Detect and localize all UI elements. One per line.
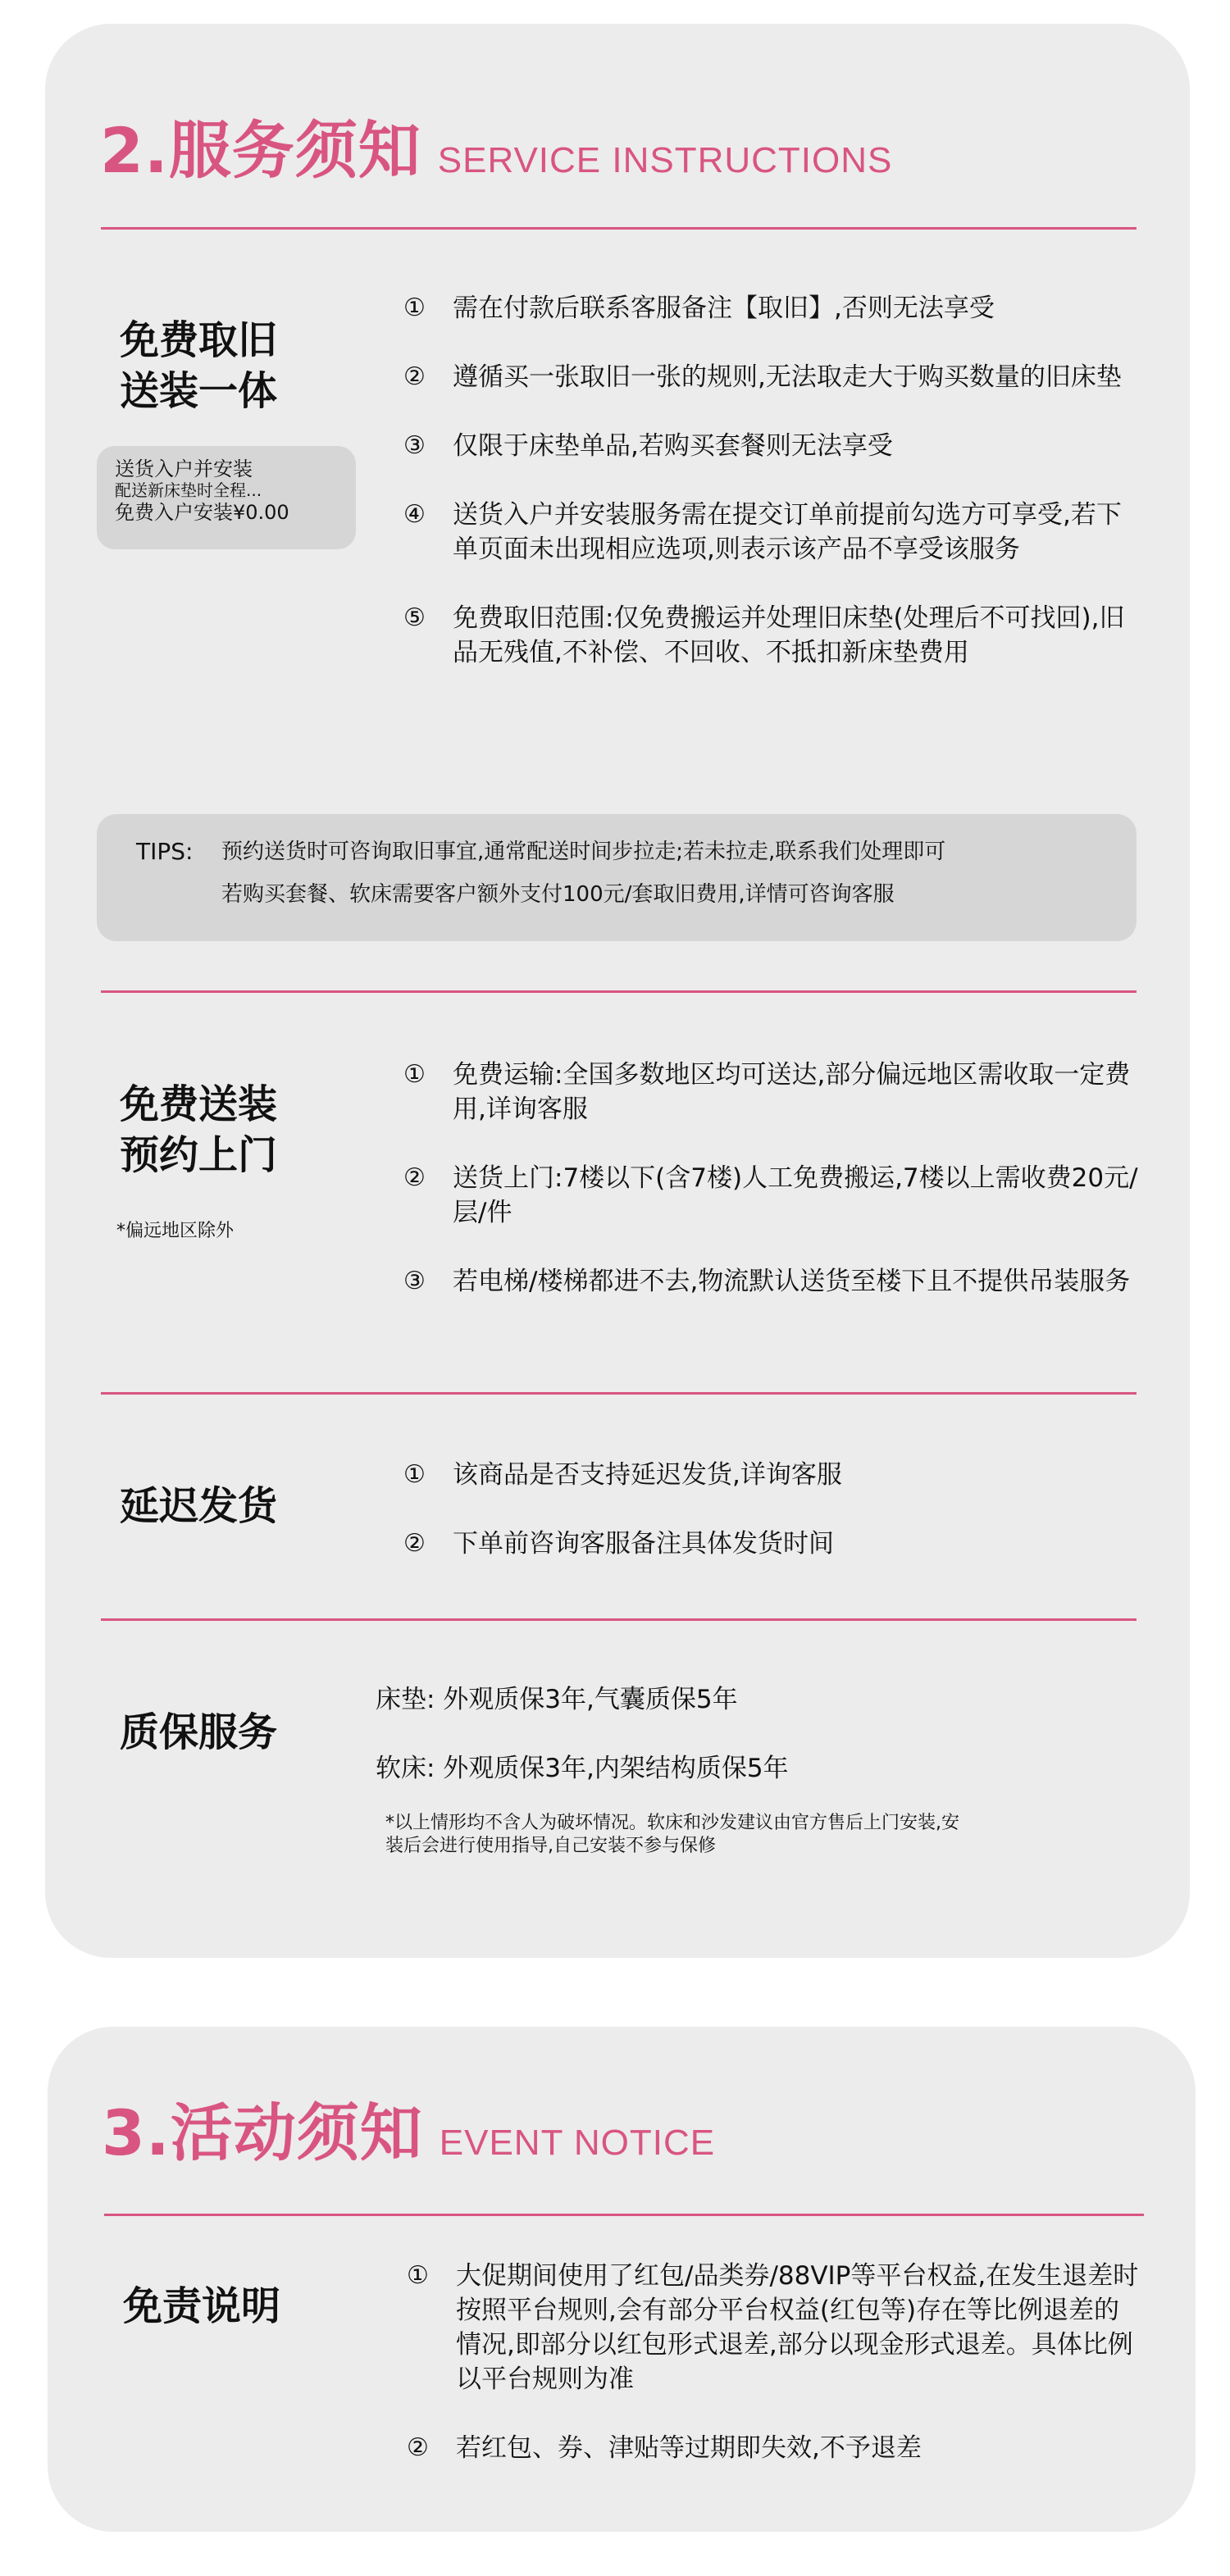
service-title: 2.服务须知 SERVICE INSTRUCTIONS [100, 120, 892, 182]
item-text: 送货上门:7楼以下(含7楼)人工免费搬运,7楼以上需收费20元/层/件 [453, 1163, 1138, 1227]
circled-number: ① [403, 1458, 426, 1492]
heading-line: 免责说明 [123, 2281, 280, 2332]
list-item: ① 免费运输:全国多数地区均可送达,部分偏远地区需收取一定费用,详询客服 [403, 1058, 1141, 1126]
item-text: 若电梯/楼梯都进不去,物流默认送货至楼下且不提供吊装服务 [453, 1267, 1130, 1296]
warranty-mattress: 床垫: 外观质保3年,气囊质保5年 [376, 1683, 738, 1716]
heading-line: 预约上门 [120, 1130, 277, 1181]
heading-disclaimer: 免责说明 [123, 2281, 280, 2332]
circled-number: ② [403, 360, 426, 394]
section-divider [101, 1618, 1137, 1621]
delivery-install-option-tag: 送货入户并安装 配送新床垫时全程... 免费入户安装¥0.00 [97, 446, 356, 549]
list-item: ① 大促期间使用了红包/品类券/88VIP等平台权益,在发生退差时按照平台规则,… [407, 2259, 1145, 2396]
heading-line: 送装一体 [120, 366, 277, 416]
heading-warranty: 质保服务 [120, 1707, 277, 1758]
section-divider [101, 1392, 1137, 1395]
item-text: 若红包、券、津贴等过期即失效,不予退差 [456, 2433, 922, 2463]
tips-label: TIPS: [136, 837, 193, 867]
free-removal-list: ① 需在付款后联系客服备注【取旧】,否则无法享受 ② 遵循买一张取旧一张的规则,… [403, 291, 1141, 670]
list-item: ② 送货上门:7楼以下(含7楼)人工免费搬运,7楼以上需收费20元/层/件 [403, 1161, 1141, 1230]
option-tag-price: 免费入户安装¥0.00 [115, 500, 356, 525]
heading-delayed-shipping: 延迟发货 [120, 1481, 277, 1531]
item-text: 免费运输:全国多数地区均可送达,部分偏远地区需收取一定费用,详询客服 [453, 1060, 1130, 1124]
item-text: 该商品是否支持延迟发货,详询客服 [453, 1460, 842, 1490]
heading-line: 延迟发货 [120, 1481, 277, 1531]
list-item: ② 若红包、券、津贴等过期即失效,不予退差 [407, 2431, 1145, 2465]
item-text: 仅限于床垫单品,若购买套餐则无法享受 [453, 431, 893, 461]
circled-number: ④ [403, 498, 426, 532]
item-text: 下单前咨询客服备注具体发货时间 [453, 1529, 834, 1559]
section-divider [101, 990, 1137, 993]
item-text: 大促期间使用了红包/品类券/88VIP等平台权益,在发生退差时按照平台规则,会有… [456, 2261, 1138, 2394]
circled-number: ③ [403, 1264, 426, 1299]
circled-number: ② [403, 1161, 426, 1195]
remote-area-note: *偏远地区除外 [116, 1220, 234, 1243]
list-item: ④ 送货入户并安装服务需在提交订单前提前勾选方可享受,若下单页面未出现相应选项,… [403, 498, 1141, 567]
warranty-soft-bed: 软床: 外观质保3年,内架结构质保5年 [376, 1752, 789, 1785]
circled-number: ① [407, 2259, 429, 2293]
section-divider [101, 227, 1137, 230]
delayed-shipping-list: ① 该商品是否支持延迟发货,详询客服 ② 下单前咨询客服备注具体发货时间 [403, 1458, 1141, 1561]
tips-line-2: 若购买套餐、软床需要客户额外支付100元/套取旧费用,详情可咨询客服 [221, 880, 895, 909]
list-item: ③ 仅限于床垫单品,若购买套餐则无法享受 [403, 429, 1141, 463]
list-item: ⑤ 免费取旧范围:仅免费搬运并处理旧床垫(处理后不可找回),旧品无残值,不补偿、… [403, 601, 1141, 670]
free-delivery-list: ① 免费运输:全国多数地区均可送达,部分偏远地区需收取一定费用,详询客服 ② 送… [403, 1058, 1141, 1299]
list-item: ① 该商品是否支持延迟发货,详询客服 [403, 1458, 1141, 1492]
item-text: 遵循买一张取旧一张的规则,无法取走大于购买数量的旧床垫 [453, 362, 1122, 392]
heading-line: 质保服务 [120, 1707, 277, 1758]
tips-line-1: 预约送货时可咨询取旧事宜,通常配送时间步拉走;若未拉走,联系我们处理即可 [221, 837, 945, 867]
warranty-note: *以上情形均不含人为破坏情况。软床和沙发建议由官方售后上门安装,安装后会进行使用… [385, 1812, 976, 1858]
option-tag-title: 送货入户并安装 [115, 457, 356, 480]
item-text: 送货入户并安装服务需在提交订单前提前勾选方可享受,若下单页面未出现相应选项,则表… [453, 500, 1122, 564]
item-text: 免费取旧范围:仅免费搬运并处理旧床垫(处理后不可找回),旧品无残值,不补偿、不回… [453, 603, 1124, 667]
heading-line: 免费取旧 [120, 315, 277, 366]
circled-number: ③ [403, 429, 426, 463]
heading-line: 免费送装 [120, 1079, 277, 1130]
service-title-en: SERVICE INSTRUCTIONS [438, 143, 893, 179]
list-item: ② 遵循买一张取旧一张的规则,无法取走大于购买数量的旧床垫 [403, 360, 1141, 394]
circled-number: ① [403, 1058, 426, 1092]
section-divider [104, 2214, 1144, 2216]
list-item: ③ 若电梯/楼梯都进不去,物流默认送货至楼下且不提供吊装服务 [403, 1264, 1141, 1299]
list-item: ② 下单前咨询客服备注具体发货时间 [403, 1527, 1141, 1561]
service-title-cn: 2.服务须知 [100, 120, 421, 182]
option-tag-desc: 配送新床垫时全程... [115, 480, 356, 500]
list-item: ① 需在付款后联系客服备注【取旧】,否则无法享受 [403, 291, 1141, 325]
circled-number: ② [403, 1527, 426, 1561]
item-text: 需在付款后联系客服备注【取旧】,否则无法享受 [453, 294, 995, 323]
event-title-en: EVENT NOTICE [440, 2125, 715, 2161]
event-title-cn: 3.活动须知 [102, 2102, 423, 2164]
disclaimer-list: ① 大促期间使用了红包/品类券/88VIP等平台权益,在发生退差时按照平台规则,… [407, 2259, 1145, 2465]
tips-box: TIPS: 预约送货时可咨询取旧事宜,通常配送时间步拉走;若未拉走,联系我们处理… [97, 814, 1137, 941]
circled-number: ⑤ [403, 601, 426, 635]
circled-number: ① [403, 291, 426, 325]
heading-free-delivery: 免费送装 预约上门 [120, 1079, 277, 1181]
circled-number: ② [407, 2431, 429, 2465]
heading-free-removal: 免费取旧 送装一体 [120, 315, 277, 416]
event-title: 3.活动须知 EVENT NOTICE [102, 2102, 715, 2164]
